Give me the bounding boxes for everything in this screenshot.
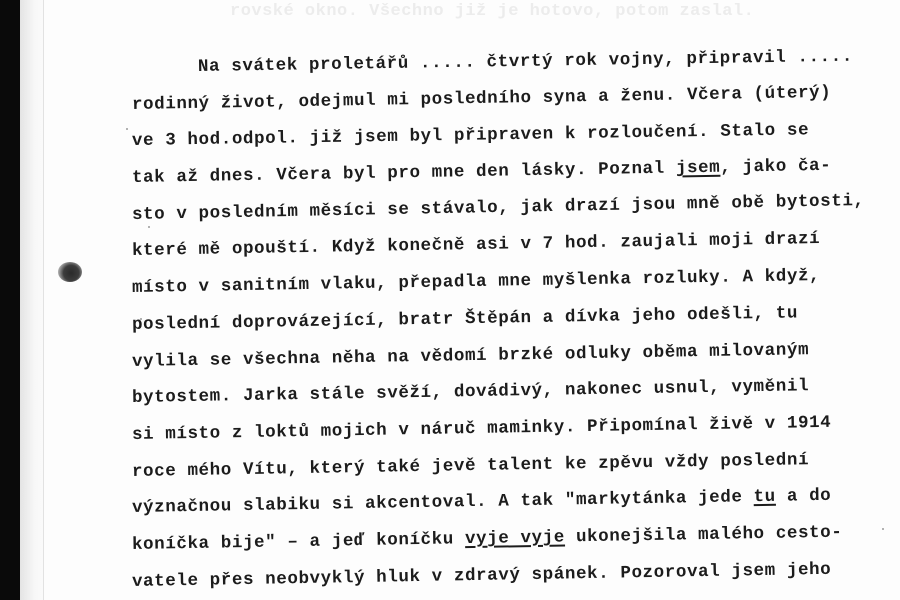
fold-line xyxy=(43,0,44,600)
text-segment: a do xyxy=(776,486,832,507)
text-segment: rodinný život, odejmul mi posledního syn… xyxy=(132,82,832,114)
text-segment: poslední doprovázející, bratr Štěpán a d… xyxy=(132,303,798,335)
text-segment: tak až dnes. Včera byl pro mne den lásky… xyxy=(132,159,676,188)
text-segment: ve 3 hod.odpol. již jsem byl připraven k… xyxy=(132,121,809,152)
text-segment: si místo z loktů mojich v náruč maminky.… xyxy=(132,413,832,445)
text-segment: vylila se všechna něha na vědomí brzké o… xyxy=(132,340,809,372)
text-segment: vatele přes neobvyklý hluk v zdravý spán… xyxy=(132,559,832,591)
text-segment: místo v sanitním vlaku, přepadla mne myš… xyxy=(132,266,821,298)
bleed-through-text: rovské okno. Všechno již je hotovo, poto… xyxy=(230,2,830,21)
scanner-edge xyxy=(0,0,20,600)
speck xyxy=(148,226,150,228)
text-segment: sto v posledním měsíci se stávalo, jak d… xyxy=(132,191,865,225)
text-segment: Na svátek proletářů ..... čtvrtý rok voj… xyxy=(198,47,853,77)
underlined-word: jsem xyxy=(676,158,721,179)
speck xyxy=(126,128,128,130)
typewritten-text: Na svátek proletářů ..... čtvrtý rok voj… xyxy=(132,50,892,600)
speck xyxy=(882,528,884,530)
underlined-word: tu xyxy=(753,487,776,507)
text-segment: roce mého Vítu, který také jevě talent k… xyxy=(132,450,809,482)
scanned-page: rovské okno. Všechno již je hotovo, poto… xyxy=(0,0,900,600)
text-segment: koníčka bije" – a jeď koníčku xyxy=(132,529,465,555)
underlined-word: vyje vyje xyxy=(465,527,565,549)
punch-hole-icon xyxy=(58,262,82,282)
text-segment: bytostem. Jarka stále svěží, dovádivý, n… xyxy=(132,376,809,408)
text-segment: které mě opouští. Když konečně asi v 7 h… xyxy=(132,229,821,261)
text-segment: význačnou slabiku si akcentoval. A tak "… xyxy=(132,487,754,518)
text-segment: , jako ča- xyxy=(720,156,831,178)
page-margin xyxy=(20,0,44,600)
speck xyxy=(140,318,142,320)
text-segment: ukonejšila malého cesto- xyxy=(565,523,843,548)
